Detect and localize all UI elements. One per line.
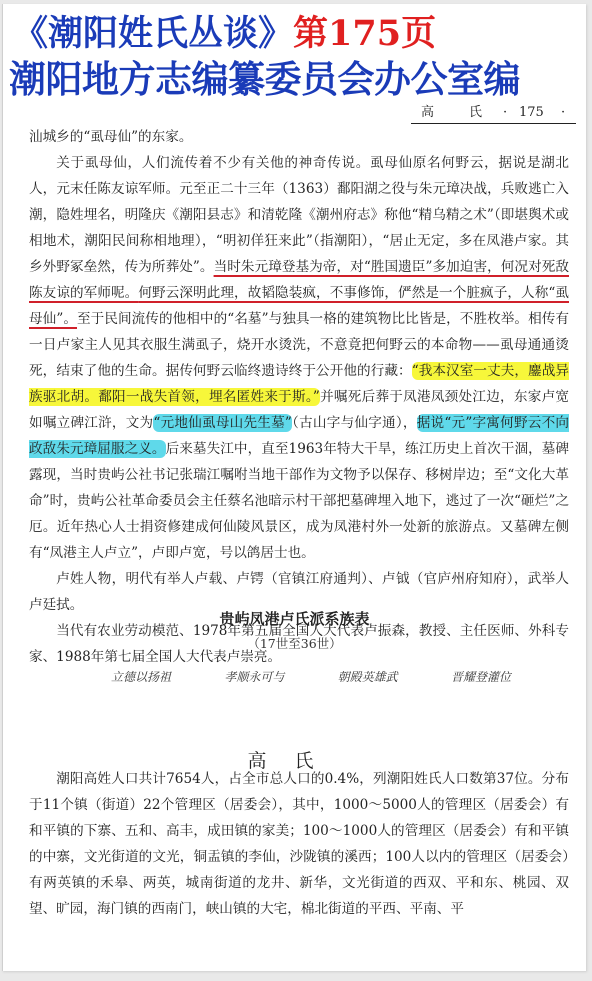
title-bracket-open: 《: [13, 14, 48, 54]
dot-separator: ·: [561, 103, 565, 123]
generation-group: 晋耀登灌位: [451, 668, 511, 685]
title-bracket-close: 》: [258, 14, 293, 54]
lineage-table-subtitle: （17世至36世）: [3, 634, 586, 652]
section-body: 潮阳高姓人口共计7654人，占全市总人口的0.4%，列潮阳姓氏人口数第37位。分…: [29, 766, 569, 922]
text-run: 后来墓失江中，直至1963年特大干旱，练江历史上首次干涸，墓碑露现，当时贵屿公社…: [29, 441, 569, 561]
paragraph-legend: 关于虱母仙，人们流传着不少有关他的神奇传说。虱母仙原名何野云，据说是湖北人，元末…: [29, 150, 569, 566]
banner-editor: 潮阳地方志编纂委员会办公室编: [9, 57, 520, 103]
banner-book-title: 《潮阳姓氏丛谈》第175页: [13, 12, 436, 56]
body-text: 汕城乡的“虱母仙”的东家。 关于虱母仙，人们流传着不少有关他的神奇传说。虱母仙原…: [29, 124, 569, 670]
running-head: 高 氏 · 175 ·: [411, 103, 576, 124]
generation-group: 朝殿英雄武: [338, 668, 398, 685]
highlighted-tomb-inscription: “元地仙虱母山先生墓”: [153, 414, 292, 432]
generation-group: 孝顺永可与: [224, 668, 284, 685]
paragraph: 汕城乡的“虱母仙”的东家。: [29, 124, 569, 150]
text-run: 关于虱母仙，人们流传着不少有关他的神奇传说。虱母仙原名何野云，据说是湖北人，元末…: [29, 155, 569, 275]
lineage-table-title: 贵屿凤港卢氏派系族表: [3, 608, 586, 629]
book-title: 潮阳姓氏丛谈: [48, 14, 258, 54]
document-page: 《潮阳姓氏丛谈》第175页 潮阳地方志编纂委员会办公室编 高 氏 · 175 ·…: [2, 4, 586, 971]
text-run: （古山字与仙字通），: [292, 415, 417, 431]
page-number: 175: [519, 103, 544, 123]
page-label: 第175页: [293, 13, 436, 54]
lineage-generations: 立德以扬祖 孝顺永可与 朝殿英雄武 晋耀登灌位: [111, 668, 511, 685]
chapter-char-2: 氏: [469, 103, 482, 123]
chapter-char-1: 高: [421, 103, 434, 123]
paragraph: 潮阳高姓人口共计7654人，占全市总人口的0.4%，列潮阳姓氏人口数第37位。分…: [29, 766, 569, 922]
dot-separator: ·: [503, 103, 507, 123]
generation-group: 立德以扬祖: [111, 668, 171, 685]
